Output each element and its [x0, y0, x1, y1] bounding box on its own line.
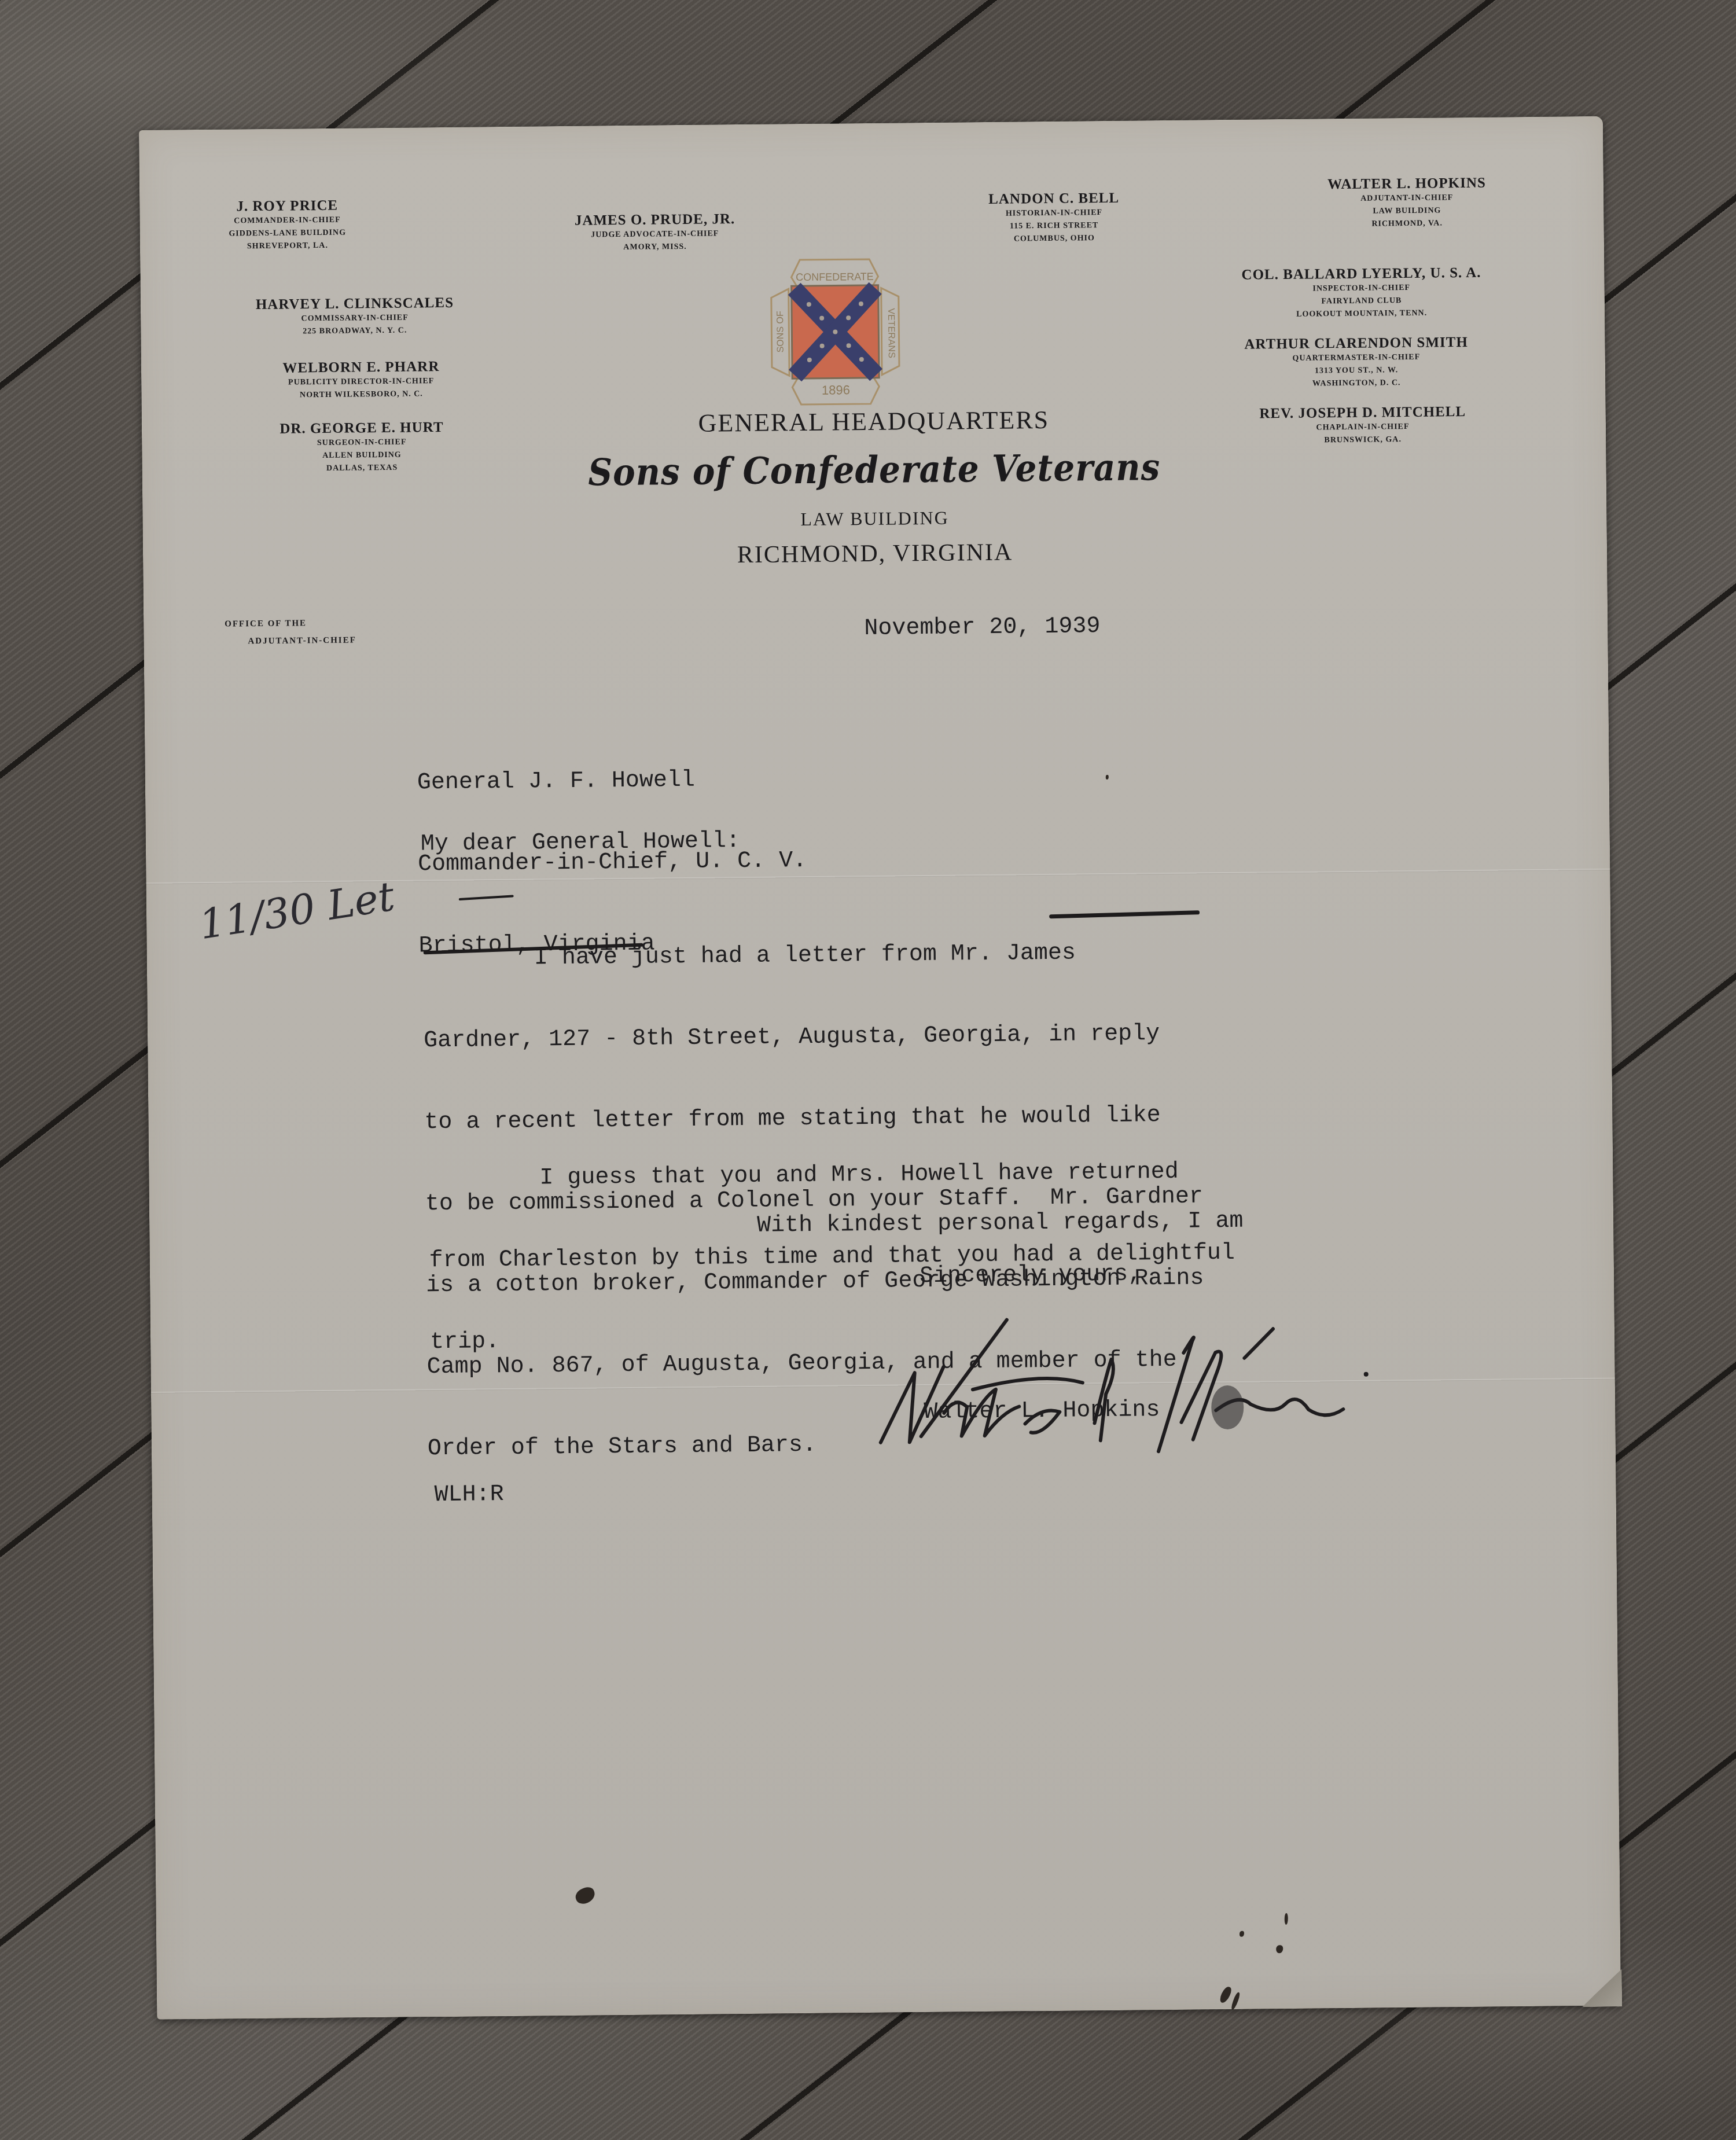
office-line-2: ADJUTANT-IN-CHIEF: [225, 631, 356, 650]
svg-text:CONFEDERATE: CONFEDERATE: [796, 271, 874, 283]
letter-sheet: J. ROY PRICE COMMANDER-IN-CHIEF GIDDENS-…: [139, 116, 1621, 2020]
officer-name: LANDON C. BELL: [938, 190, 1169, 208]
officer-city: RICHMOND, VA.: [1274, 216, 1540, 231]
recipient-name: General J. F. Howell: [417, 766, 807, 796]
ink-stain: [1276, 1945, 1283, 1953]
officer-clinkscales: HARVEY L. CLINKSCALES COMMISSARY-IN-CHIE…: [210, 295, 500, 339]
ink-stain: [1218, 1985, 1233, 2005]
closing-line: With kindest personal regards, I am: [757, 1208, 1244, 1240]
scv-emblem-icon: CONFEDERATE 1896 SONS OF VETERANS: [765, 253, 906, 410]
officer-title: COMMANDER-IN-CHIEF: [192, 214, 382, 228]
ink-stain: [1230, 1992, 1241, 2011]
text-line: I guess that you and Mrs. Howell have re…: [428, 1158, 1234, 1193]
officer-pharr: WELBORN E. PHARR PUBLICITY DIRECTOR-IN-C…: [240, 358, 483, 402]
text-line: I have just had a letter from Mr. James: [423, 938, 1201, 973]
office-line-1: OFFICE OF THE: [225, 614, 356, 633]
officer-city: LOOKOUT MOUNTAIN, TENN.: [1176, 306, 1547, 322]
officer-name: J. ROY PRICE: [192, 197, 382, 215]
letter-date: November 20, 1939: [864, 613, 1101, 642]
ink-stain: [1285, 1913, 1288, 1925]
officer-smith: ARTHUR CLARENDON SMITH QUARTERMASTER-IN-…: [1183, 334, 1531, 392]
officer-lyerly: COL. BALLARD LYERLY, U. S. A. INSPECTOR-…: [1176, 264, 1547, 322]
salutation: My dear General Howell:: [421, 828, 741, 858]
officer-address: GIDDENS-LANE BUILDING: [192, 226, 383, 241]
hq-building: LAW BUILDING: [142, 501, 1606, 536]
office-of-adjutant: OFFICE OF THE ADJUTANT-IN-CHIEF: [225, 614, 356, 650]
officer-city: WASHINGTON, D. C.: [1183, 376, 1530, 392]
folded-corner: [1581, 1969, 1623, 2007]
officer-name: WELBORN E. PHARR: [240, 358, 483, 377]
officer-city: AMORY, MISS.: [534, 240, 777, 255]
officer-city: NORTH WILKESBORO, N. C.: [240, 387, 483, 402]
handwritten-signature-icon: [868, 1304, 1425, 1460]
svg-text:VETERANS: VETERANS: [886, 308, 896, 358]
officer-city: COLUMBUS, OHIO: [939, 231, 1170, 247]
officer-address: 225 BROADWAY, N. Y. C.: [210, 323, 499, 339]
ink-stain: [1240, 1931, 1244, 1937]
officer-city: SHREVEPORT, LA.: [192, 239, 383, 253]
handwritten-note: 11/30 Let: [196, 873, 398, 949]
officer-bell: LANDON C. BELL HISTORIAN-IN-CHIEF 115 E.…: [938, 190, 1170, 247]
typist-initials: WLH:R: [434, 1481, 503, 1509]
officer-price: J. ROY PRICE COMMANDER-IN-CHIEF GIDDENS-…: [192, 197, 383, 253]
ink-speck: [1106, 775, 1109, 779]
svg-text:1896: 1896: [822, 383, 850, 397]
text-line: Gardner, 127 - 8th Street, Augusta, Geor…: [424, 1020, 1202, 1054]
typed-signer-name: Walter L. Hopkins: [924, 1396, 1160, 1426]
svg-text:SONS OF: SONS OF: [775, 311, 786, 352]
ink-stain: [573, 1885, 597, 1906]
officer-name: JAMES O. PRUDE, JR.: [533, 211, 776, 229]
sign-off: Sincerely yours,: [920, 1260, 1142, 1290]
officer-hopkins: WALTER L. HOPKINS ADJUTANT-IN-CHIEF LAW …: [1274, 175, 1540, 231]
hq-city: RICHMOND, VIRGINIA: [143, 533, 1607, 575]
officer-name: WALTER L. HOPKINS: [1274, 175, 1540, 193]
officer-prude: JAMES O. PRUDE, JR. JUDGE ADVOCATE-IN-CH…: [533, 211, 777, 255]
